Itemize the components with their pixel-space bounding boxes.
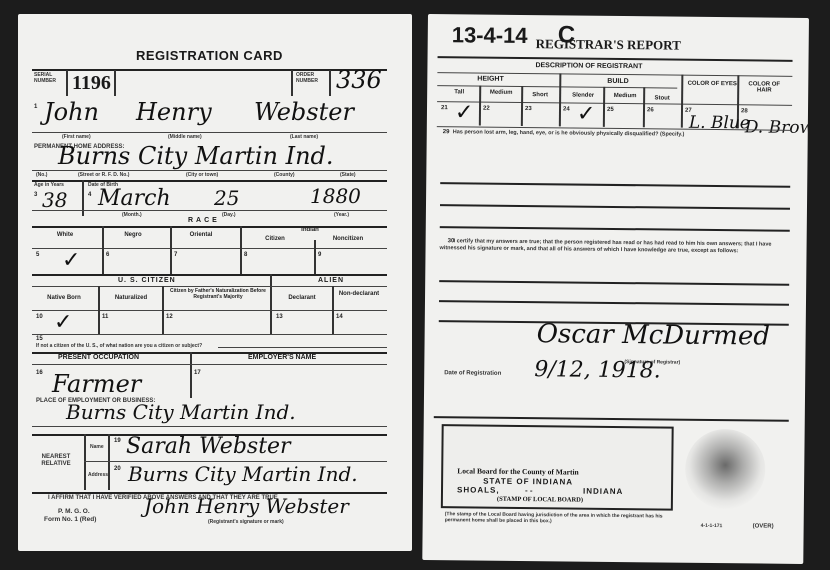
card-title: REGISTRATION CARD <box>136 48 283 63</box>
divider <box>32 170 387 171</box>
caption: (County) <box>274 172 295 178</box>
field-number: 28 <box>741 108 748 114</box>
dob-year: 1880 <box>310 184 361 208</box>
stamp-line4: (STAMP OF LOCAL BOARD) <box>497 496 583 504</box>
build-medium-label: Medium <box>605 93 645 99</box>
occupation-heading: PRESENT OCCUPATION <box>58 354 139 361</box>
stamp-line3-right: INDIANA <box>583 487 623 496</box>
divider <box>479 86 481 126</box>
divider <box>32 310 387 311</box>
divider <box>329 70 331 96</box>
alien-heading: ALIEN <box>318 277 344 284</box>
field-number: 26 <box>647 107 654 113</box>
place-of-employment-value: Burns City Martin Ind. <box>66 400 296 424</box>
divider <box>32 364 387 365</box>
divider <box>98 286 100 334</box>
field-number: 13 <box>276 314 283 320</box>
non-declarant-label: Non-declarant <box>336 291 382 297</box>
registrars-report-card: 13-4-14 C REGISTRAR'S REPORT DESCRIPTION… <box>422 14 809 564</box>
divider <box>66 70 68 96</box>
height-heading: HEIGHT <box>477 76 504 83</box>
divider <box>102 226 104 274</box>
field-number: 20 <box>114 466 121 472</box>
stamped-number: 13-4-14 <box>452 22 528 49</box>
divider <box>270 274 272 334</box>
serial-number-label: SERIAL NUMBER <box>34 72 64 84</box>
declarant-label: Declarant <box>274 295 330 301</box>
divider <box>190 352 192 398</box>
field-number: 19 <box>114 438 121 444</box>
signature-caption: (Registrant's signature or mark) <box>208 519 284 525</box>
field-number: 1 <box>34 104 37 110</box>
dob-month: March <box>98 186 171 211</box>
field-number: 8 <box>244 252 247 258</box>
home-address: Burns City Martin Ind. <box>58 142 334 170</box>
stamp-line1: Local Board for the County of Martin <box>457 466 579 476</box>
field-number: 29 <box>443 129 450 135</box>
footer-code-right: (OVER) <box>753 523 774 529</box>
divider <box>170 226 172 274</box>
field-number: 10 <box>36 314 43 320</box>
answer-line <box>440 182 790 188</box>
divider <box>434 416 789 422</box>
date-of-registration-value: 9/12, 1918. <box>534 357 661 383</box>
stamp-line3-left: SHOALS, <box>457 485 500 494</box>
relative-name: Sarah Webster <box>126 434 291 459</box>
field-number: 23 <box>525 106 532 112</box>
height-tall-check: ✓ <box>455 100 474 125</box>
relative-address-label: Address <box>88 472 108 478</box>
divider <box>32 274 387 276</box>
field-number: 24 <box>563 106 570 112</box>
eye-color-label: COLOR OF EYES <box>687 81 737 88</box>
divider <box>218 347 387 348</box>
order-number: 336 <box>336 66 382 94</box>
age-value: 38 <box>42 188 67 212</box>
divider <box>108 434 110 490</box>
divider <box>603 87 605 127</box>
divider <box>32 132 387 133</box>
field-number: 3 <box>34 192 37 198</box>
race-indian-citizen-label: Citizen <box>250 236 300 242</box>
divider <box>32 69 387 71</box>
divider <box>681 75 683 128</box>
divider <box>32 334 387 335</box>
divider <box>521 86 523 126</box>
nearest-relative-label: NEAREST RELATIVE <box>36 454 76 468</box>
divider <box>314 240 316 274</box>
race-indian-noncitizen-label: Noncitizen <box>318 236 378 242</box>
caption: (Last name) <box>290 134 318 140</box>
divider <box>162 286 164 334</box>
field-number: 12 <box>166 314 173 320</box>
disability-question: Has person lost arm, leg, hand, eye, or … <box>453 129 685 137</box>
divider <box>438 56 793 62</box>
certification-text: I certify that my answers are true; that… <box>440 238 790 256</box>
date-of-registration-label: Date of Registration <box>444 370 501 377</box>
dob-day: 25 <box>214 186 239 210</box>
field-number: 9 <box>318 252 321 258</box>
caption: (Middle name) <box>168 134 202 140</box>
divider <box>437 101 792 106</box>
race-oriental-label: Oriental <box>176 232 226 238</box>
field-number: 11 <box>102 314 108 320</box>
caption: (State) <box>340 172 356 178</box>
field-number: 17 <box>194 370 201 376</box>
divider <box>32 286 387 287</box>
race-indian-label: Indian <box>250 227 370 233</box>
build-stout-label: Stout <box>645 95 679 101</box>
race-heading: RACE <box>188 217 220 224</box>
occupation-value: Farmer <box>52 370 141 398</box>
caption: (Year.) <box>334 212 349 218</box>
divider <box>84 434 86 490</box>
caption: (No.) <box>36 172 47 178</box>
field-number: 22 <box>483 106 490 112</box>
naturalized-label: Naturalized <box>102 295 160 301</box>
answer-line <box>439 300 789 306</box>
caption: (First name) <box>62 134 91 140</box>
divider <box>559 73 561 126</box>
race-white-label: White <box>40 232 90 238</box>
last-name: Webster <box>254 98 354 126</box>
race-negro-label: Negro <box>108 232 158 238</box>
stamp-line3-sep: - - <box>525 486 533 495</box>
race-white-check: ✓ <box>62 248 80 273</box>
registrar-signature: Oscar McDurmed <box>536 319 770 351</box>
field-number: 7 <box>174 252 177 258</box>
height-medium-label: Medium <box>481 90 521 96</box>
relative-address: Burns City Martin Ind. <box>128 462 358 486</box>
footer-code-left: 4-1-1-171 <box>701 523 723 529</box>
form-id-line2: Form No. 1 (Red) <box>44 516 96 523</box>
field-number: 21 <box>441 105 448 111</box>
answer-line <box>439 280 789 286</box>
divider <box>437 85 677 89</box>
form-id-line1: P. M. G. O. <box>58 508 90 515</box>
divider <box>32 426 387 427</box>
us-citizen-heading: U. S. CITIZEN <box>118 277 176 284</box>
local-board-stamp: Local Board for the County of Martin STA… <box>441 424 674 510</box>
caption: (Day.) <box>222 212 236 218</box>
description-heading: DESCRIPTION OF REGISTRANT <box>535 62 642 70</box>
answer-line <box>440 204 790 210</box>
caption: (Month.) <box>122 212 142 218</box>
employer-heading: EMPLOYER'S NAME <box>248 354 316 361</box>
field-number: 16 <box>36 370 43 376</box>
field-number: 5 <box>36 252 39 258</box>
build-heading: BUILD <box>607 78 628 85</box>
height-short-label: Short <box>523 92 557 98</box>
nation-question: If not a citizen of the U. S., of what n… <box>36 343 202 349</box>
relative-name-label: Name <box>90 444 104 450</box>
hair-color-value: D. Brown <box>745 117 809 138</box>
citizen-by-father-label: Citizen by Father's Naturalization Befor… <box>168 288 268 300</box>
divider <box>643 87 645 127</box>
caption: (City or town) <box>186 172 218 178</box>
ink-smudge <box>685 429 766 510</box>
answer-line <box>440 226 790 232</box>
divider <box>32 210 387 211</box>
field-number: 6 <box>106 252 109 258</box>
field-number: 15 <box>36 336 43 342</box>
hair-color-label: COLOR OF HAIR <box>741 81 787 93</box>
native-born-check: ✓ <box>54 310 72 335</box>
build-slender-label: Slender <box>563 92 603 98</box>
order-number-label: ORDER NUMBER <box>296 72 326 84</box>
serial-number: 1196 <box>72 72 111 95</box>
divider <box>332 286 334 334</box>
height-tall-label: Tall <box>439 89 479 95</box>
divider <box>32 248 387 249</box>
divider <box>291 70 293 96</box>
registrant-signature: John Henry Webster <box>144 494 349 518</box>
native-born-label: Native Born <box>34 295 94 301</box>
field-number: 14 <box>336 314 343 320</box>
middle-name: Henry <box>136 98 212 126</box>
caption: (Street or R. F. D. No.) <box>78 172 129 178</box>
stamp-note: (The stamp of the Local Board having jur… <box>445 511 675 525</box>
first-name: John <box>44 98 99 126</box>
field-number: 25 <box>607 107 614 113</box>
report-title: REGISTRAR'S REPORT <box>536 36 681 54</box>
registration-card: REGISTRATION CARD SERIAL NUMBER 1196 ORD… <box>18 14 412 551</box>
build-slender-check: ✓ <box>577 102 596 127</box>
divider <box>240 226 242 274</box>
divider <box>114 70 116 96</box>
divider <box>32 180 387 182</box>
field-number: 4 <box>88 192 91 198</box>
